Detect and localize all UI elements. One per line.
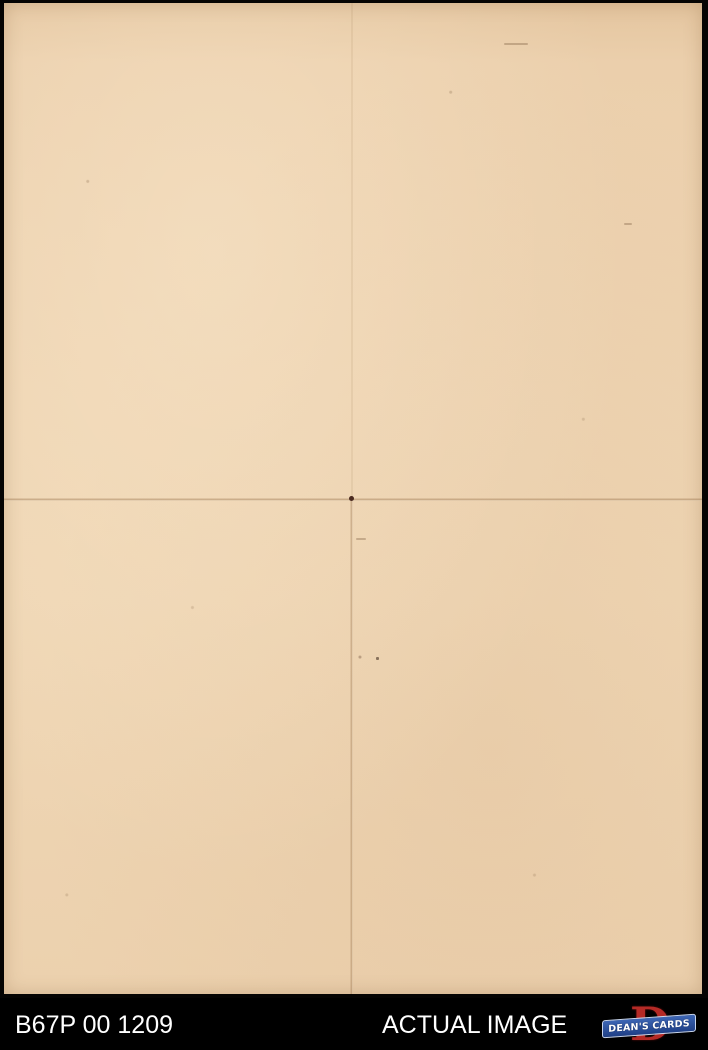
certification-code: B67P 00 1209 <box>15 1010 173 1040</box>
paper-mark <box>504 43 528 45</box>
scanned-item-area <box>0 0 708 998</box>
actual-image-label: ACTUAL IMAGE <box>382 1010 567 1040</box>
paper-mark <box>624 223 632 225</box>
fold-intersection-hole <box>349 496 354 501</box>
paper-mark <box>356 538 366 540</box>
deans-cards-logo: D DEAN'S CARDS <box>602 1002 694 1046</box>
paper-sheet <box>4 3 702 994</box>
vertical-fold-upper <box>351 3 353 498</box>
logo-banner: DEAN'S CARDS <box>602 1014 696 1039</box>
footer-bar: B67P 00 1209 ACTUAL IMAGE D DEAN'S CARDS <box>0 998 708 1050</box>
logo-banner-text: DEAN'S CARDS <box>608 1018 690 1035</box>
paper-mark <box>376 657 379 660</box>
vertical-fold-crease <box>350 498 353 994</box>
